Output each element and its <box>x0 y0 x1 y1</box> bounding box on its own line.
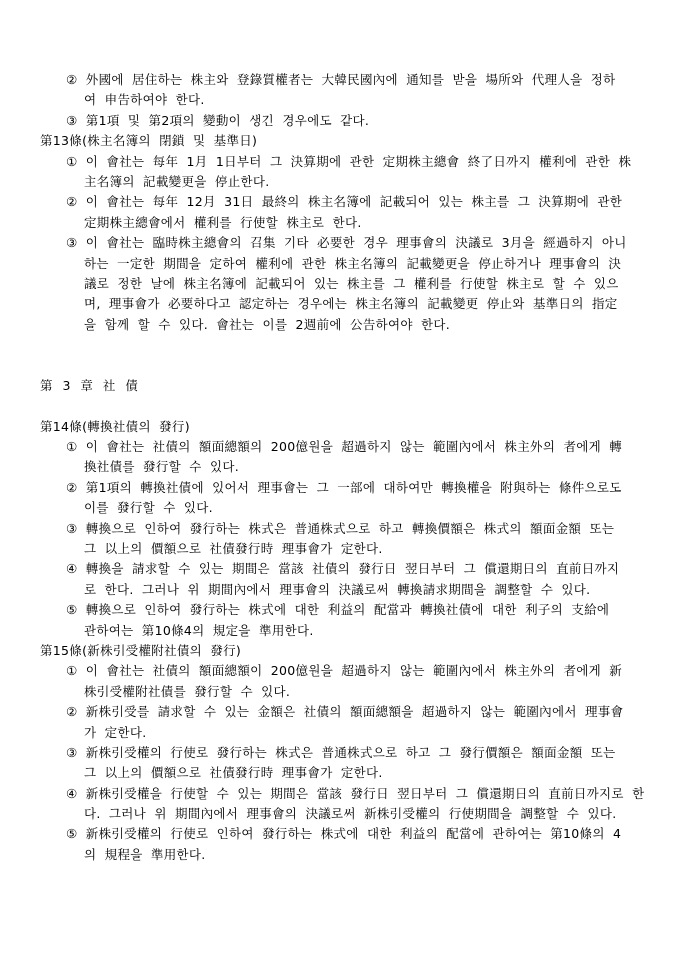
document-body: ② 外國에 居住하는 株主와 登錄質權者는 大韓民國內에 通知를 받을 場所와 … <box>0 70 680 865</box>
clause-item-line: ④ 轉換을 請求할 수 있는 期間은 當該 社債의 發行日 翌日부터 그 償還期… <box>66 559 680 579</box>
clause-continuation-line: 定期株主總會에서 權利를 行使할 株主로 한다. <box>84 213 680 233</box>
clause-continuation-line: 하는 一定한 期間을 定하여 權利에 관한 株主名簿의 記載變更을 停止하거나 … <box>84 254 680 274</box>
clause-item-line: ① 이 會社는 社債의 額面總額이 200億원을 超過하지 않는 範圍內에서 株… <box>66 661 680 681</box>
clause-continuation-line: 議로 정한 날에 株主名簿에 記載되어 있는 株主를 그 權利를 行使할 株主로… <box>84 274 680 294</box>
clause-item-line: ① 이 會社는 社債의 額面總額의 200億원을 超過하지 않는 範圍內에서 株… <box>66 437 680 457</box>
clause-continuation-line: 며, 理事會가 必要하다고 認定하는 경우에는 株主名簿의 記載變更 停止와 基… <box>84 294 680 314</box>
clause-item-line: ⑤ 新株引受權의 行使로 인하여 發行하는 株式에 대한 利益의 配當에 관하여… <box>66 824 680 844</box>
clause-item-line: ③ 新株引受權의 行使로 發行하는 株式은 普通株式으로 하고 그 發行價額은 … <box>66 743 680 763</box>
chapter-heading: 第 3 章 社 債 <box>40 376 680 396</box>
blank-line <box>0 335 680 355</box>
clause-continuation-line: 로 한다. 그러나 위 期間內에서 理事會의 決議로써 轉換請求期間을 調整할 … <box>84 580 680 600</box>
clause-item-line: ③ 轉換으로 인하여 發行하는 株式은 普通株式으로 하고 轉換價額은 株式의 … <box>66 519 680 539</box>
clause-item-line: ② 外國에 居住하는 株主와 登錄質權者는 大韓民國內에 通知를 받을 場所와 … <box>66 70 680 90</box>
article-heading: 第13條(株主名簿의 閉鎖 및 基準日) <box>40 131 680 151</box>
clause-item-line: ① 이 會社는 每年 1月 1日부터 그 決算期에 관한 定期株主總會 終了日까… <box>66 152 680 172</box>
clause-item-line: ③ 이 會社는 臨時株主總會의 召集 기타 必要한 경우 理事會의 決議로 3月… <box>66 233 680 253</box>
document-page: ② 外國에 居住하는 株主와 登錄質權者는 大韓民國內에 通知를 받을 場所와 … <box>0 0 680 962</box>
clause-continuation-line: 여 申告하여야 한다. <box>84 90 680 110</box>
article-heading: 第14條(轉換社債의 發行) <box>40 417 680 437</box>
clause-item-line: ② 新株引受를 請求할 수 있는 金額은 社債의 額面總額을 超過하지 않는 範… <box>66 702 680 722</box>
clause-item-line: ② 第1項의 轉換社債에 있어서 理事會는 그 一部에 대하여만 轉換權을 附與… <box>66 478 680 498</box>
clause-continuation-line: 관하여는 第10條4의 規定을 準用한다. <box>84 621 680 641</box>
blank-line <box>0 355 680 375</box>
clause-item-line: ④ 新株引受權을 行使할 수 있는 期間은 當該 發行日 翌日부터 그 償還期日… <box>66 784 680 804</box>
clause-continuation-line: 換社債를 發行할 수 있다. <box>84 457 680 477</box>
clause-item-line: ② 이 會社는 每年 12月 31日 最終의 株主名簿에 記載되어 있는 株主를… <box>66 192 680 212</box>
clause-continuation-line: 그 以上의 價額으로 社債發行時 理事會가 定한다. <box>84 539 680 559</box>
clause-continuation-line: 가 定한다. <box>84 723 680 743</box>
clause-continuation-line: 의 規程을 準用한다. <box>84 845 680 865</box>
clause-continuation-line: 主名簿의 記載變更을 停止한다. <box>84 172 680 192</box>
clause-continuation-line: 이를 發行할 수 있다. <box>84 498 680 518</box>
clause-continuation-line: 다. 그러나 위 期間內에서 理事會의 決議로써 新株引受權의 行使期間을 調整… <box>84 804 680 824</box>
clause-item-line: ③ 第1項 및 第2項의 變動이 생긴 경우에도 같다. <box>66 111 680 131</box>
clause-continuation-line: 을 함께 할 수 있다. 會社는 이를 2週前에 公告하여야 한다. <box>84 315 680 335</box>
clause-continuation-line: 그 以上의 價額으로 社債發行時 理事會가 定한다. <box>84 763 680 783</box>
clause-continuation-line: 株引受權附社債를 發行할 수 있다. <box>84 682 680 702</box>
article-heading: 第15條(新株引受權附社債의 發行) <box>40 641 680 661</box>
clause-item-line: ⑤ 轉換으로 인하여 發行하는 株式에 대한 利益의 配當과 轉換社債에 대한 … <box>66 600 680 620</box>
blank-line <box>0 396 680 416</box>
